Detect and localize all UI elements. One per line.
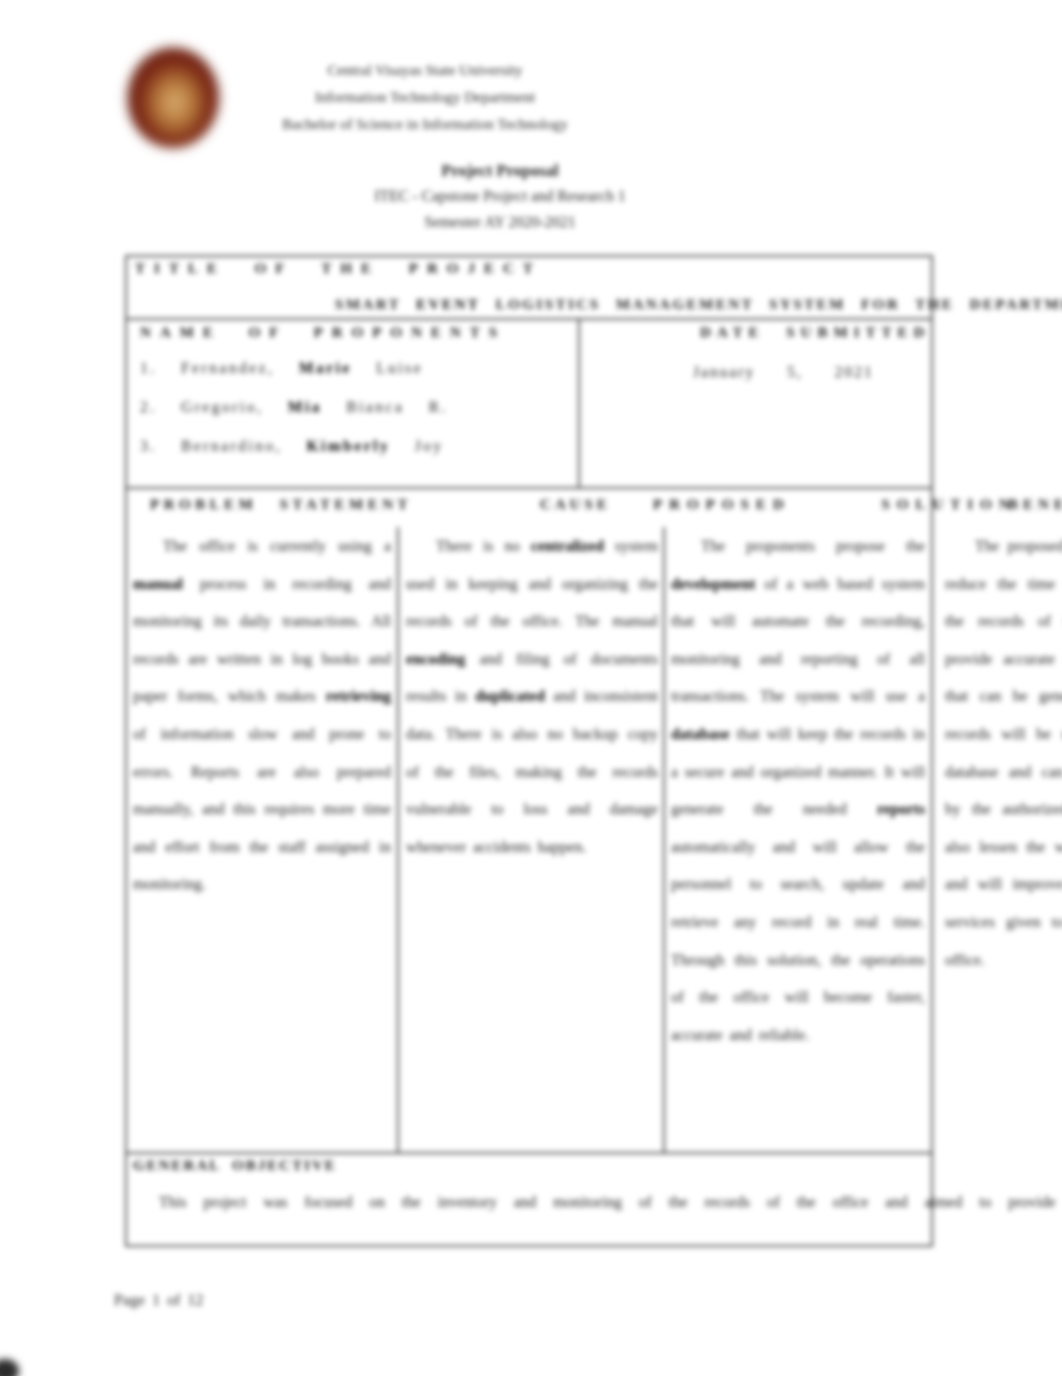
- general-objective-text: This project was focused on the inventor…: [133, 1194, 1062, 1212]
- column-header-benefits: BENEFITS: [1008, 497, 1062, 514]
- department-name: Information Technology Department: [125, 85, 725, 112]
- column-header-cause: CAUSE: [540, 497, 611, 514]
- proponents-label: NAME OF PROPONENTS: [140, 325, 506, 342]
- document-page: Central Visayas State University Informa…: [0, 0, 1062, 1376]
- page-number: Page 1 of 12: [114, 1292, 203, 1310]
- cause-text: There is no centralized system used in k…: [406, 528, 658, 866]
- date-submitted-label: DATE SUBMITTED: [700, 325, 930, 342]
- problem-statement-text: The office is currently using a manual p…: [133, 528, 391, 904]
- divider-cause-solution: [663, 527, 665, 1152]
- scan-artifact-smudge: [0, 1359, 19, 1376]
- table-border-top: [125, 255, 933, 257]
- program-name: Bachelor of Science in Information Techn…: [125, 112, 725, 139]
- document-title: Project Proposal: [195, 158, 805, 184]
- column-header-problem-statement: PROBLEM STATEMENT: [150, 497, 412, 514]
- divider-proponents-date: [578, 318, 580, 487]
- divider-problem-cause: [397, 527, 399, 1152]
- table-border-left: [125, 255, 127, 1247]
- table-border-below-proponents: [125, 487, 933, 489]
- general-objective-label: GENERAL OBJECTIVE: [133, 1158, 337, 1175]
- table-border-below-title: [125, 318, 933, 320]
- table-border-bottom: [125, 1245, 933, 1247]
- document-title-block: Project Proposal ITEC - Capstone Project…: [195, 158, 805, 236]
- term-line: Semester AY 2020-2021: [195, 210, 805, 236]
- table-border-right: [931, 255, 933, 1247]
- proposed-solution-text: The proponents propose the development o…: [671, 528, 925, 1054]
- university-name: Central Visayas State University: [125, 58, 725, 85]
- column-header-proposed-solution: PROPOSED SOLUTION: [653, 497, 1017, 514]
- scanned-document: Central Visayas State University Informa…: [0, 0, 1062, 1376]
- date-submitted-value: January 5, 2021: [693, 364, 874, 382]
- table-border-above-objective: [125, 1152, 933, 1154]
- course-title: ITEC - Capstone Project and Research 1: [195, 184, 805, 210]
- letterhead: Central Visayas State University Informa…: [125, 58, 725, 139]
- proponent-row: 1. Fernandez, Marie Luise: [140, 360, 423, 378]
- project-title: SMART EVENT LOGISTICS MANAGEMENT SYSTEM …: [335, 297, 1062, 314]
- benefits-text: The proposed system will greatly reduce …: [945, 528, 1062, 979]
- proponent-row: 3. Bernardino, Kimberly Joy: [140, 438, 444, 456]
- title-of-project-label: TITLE OF THE PROJECT: [135, 261, 542, 278]
- proponent-row: 2. Gregorio, Mia Bianca R.: [140, 399, 448, 417]
